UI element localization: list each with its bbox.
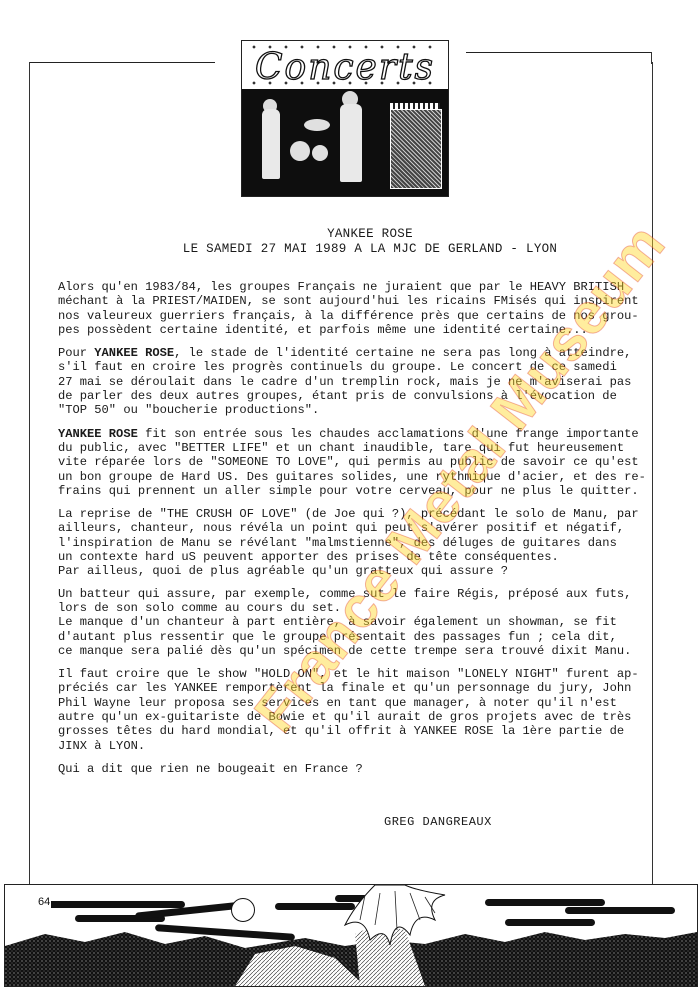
text-line: l'inspiration de Manu se révélant "malms…	[58, 536, 658, 550]
footer-banner-illustration: 64	[4, 884, 698, 987]
cloud-icon	[485, 899, 605, 906]
text-line: s'il faut en croire les progrès continue…	[58, 360, 658, 374]
text-line: pes possèdent certaine identité, et parf…	[58, 323, 658, 337]
stage-scene	[242, 89, 448, 196]
text-line: frains qui prennent un aller simple pour…	[58, 484, 658, 498]
band-name-emphasis: YANKEE ROSE	[94, 346, 174, 360]
marquee-sign: Concerts	[242, 41, 448, 90]
singer-figure-icon	[262, 109, 280, 179]
text-line: un bon groupe de Hard US. Des guitares s…	[58, 470, 658, 484]
text-line: d'autant plus ressentir que le groupe pr…	[58, 630, 658, 644]
drum-icon	[312, 145, 328, 161]
concerts-header-illustration: Concerts	[241, 40, 449, 197]
text-line: YANKEE ROSE fit son entrée sous les chau…	[58, 427, 658, 441]
text-line: Un batteur qui assure, par exemple, comm…	[58, 587, 658, 601]
article-paragraph: Il faut croire que le show "HOLD ON", et…	[58, 667, 658, 753]
article-paragraph: Pour YANKEE ROSE, le stade de l'identité…	[58, 346, 658, 417]
cloud-icon	[565, 907, 675, 914]
article-paragraph: Alors qu'en 1983/84, les groupes Françai…	[58, 280, 658, 337]
band-name-emphasis: YANKEE ROSE	[58, 427, 138, 441]
article-paragraph: Un batteur qui assure, par exemple, comm…	[58, 587, 658, 658]
text-line: autre qu'un ex-guitariste de Bowie et qu…	[58, 710, 658, 724]
article-paragraph: Qui a dit que rien ne bougeait en France…	[58, 762, 658, 776]
text-line: ailleurs, chanteur, nous révéla un point…	[58, 521, 658, 535]
guitarist-figure-icon	[340, 104, 362, 182]
article-paragraph: YANKEE ROSE fit son entrée sous les chau…	[58, 427, 658, 498]
article-author: GREG DANGREAUX	[384, 815, 492, 829]
text-line: vite réparée lors de "SOMEONE TO LOVE", …	[58, 455, 658, 469]
marquee-lights-bottom	[246, 80, 444, 86]
article-subtitle: LE SAMEDI 27 MAI 1989 A LA MJC DE GERLAN…	[20, 242, 700, 256]
cymbal-icon	[304, 119, 330, 131]
text-line: Pour YANKEE ROSE, le stade de l'identité…	[58, 346, 658, 360]
drum-icon	[290, 141, 310, 161]
sun-icon	[231, 898, 255, 922]
text-line: Phil Wayne leur proposa ses services en …	[58, 696, 658, 710]
wild-haired-figure-icon	[335, 885, 455, 955]
article-title: YANKEE ROSE	[20, 227, 700, 241]
text-line: ce manque sera palié dès qu'un spécimen …	[58, 644, 658, 658]
text-line: nos valeureux guerriers français, à la d…	[58, 309, 658, 323]
text-line: "TOP 50" ou "boucherie productions".	[58, 403, 658, 417]
text-line: La reprise de "THE CRUSH OF LOVE" (de Jo…	[58, 507, 658, 521]
text-line: Le manque d'un chanteur à part entière, …	[58, 615, 658, 629]
text-line: lors de son solo comme au cours du set.	[58, 601, 658, 615]
cloud-icon	[45, 901, 185, 908]
text-line: Alors qu'en 1983/84, les groupes Françai…	[58, 280, 658, 294]
text-line: grosses têtes du hard mondial, et qu'il …	[58, 724, 658, 738]
text-line: JINX à LYON.	[58, 739, 658, 753]
text-line: du public, avec "BETTER LIFE" et un chan…	[58, 441, 658, 455]
text-line: méchant à la PRIEST/MAIDEN, se sont aujo…	[58, 294, 658, 308]
text-line: Par ailleus, quoi de plus agréable qu'un…	[58, 564, 658, 578]
text-line: Qui a dit que rien ne bougeait en France…	[58, 762, 658, 776]
text-line: préciés car les YANKEE remportèrent la f…	[58, 681, 658, 695]
page-number: 64	[37, 896, 51, 908]
text-line: Il faut croire que le show "HOLD ON", et…	[58, 667, 658, 681]
text-line: de parler des deux autres groupes, étant…	[58, 389, 658, 403]
article-body: Alors qu'en 1983/84, les groupes Françai…	[58, 280, 658, 785]
text-line: 27 mai se déroulait dans le cadre d'un t…	[58, 375, 658, 389]
article-paragraph: La reprise de "THE CRUSH OF LOVE" (de Jo…	[58, 507, 658, 578]
page-frame-top-right	[466, 52, 652, 54]
amplifier-icon	[390, 109, 442, 189]
text-line: un contexte hard uS peuvent apporter des…	[58, 550, 658, 564]
